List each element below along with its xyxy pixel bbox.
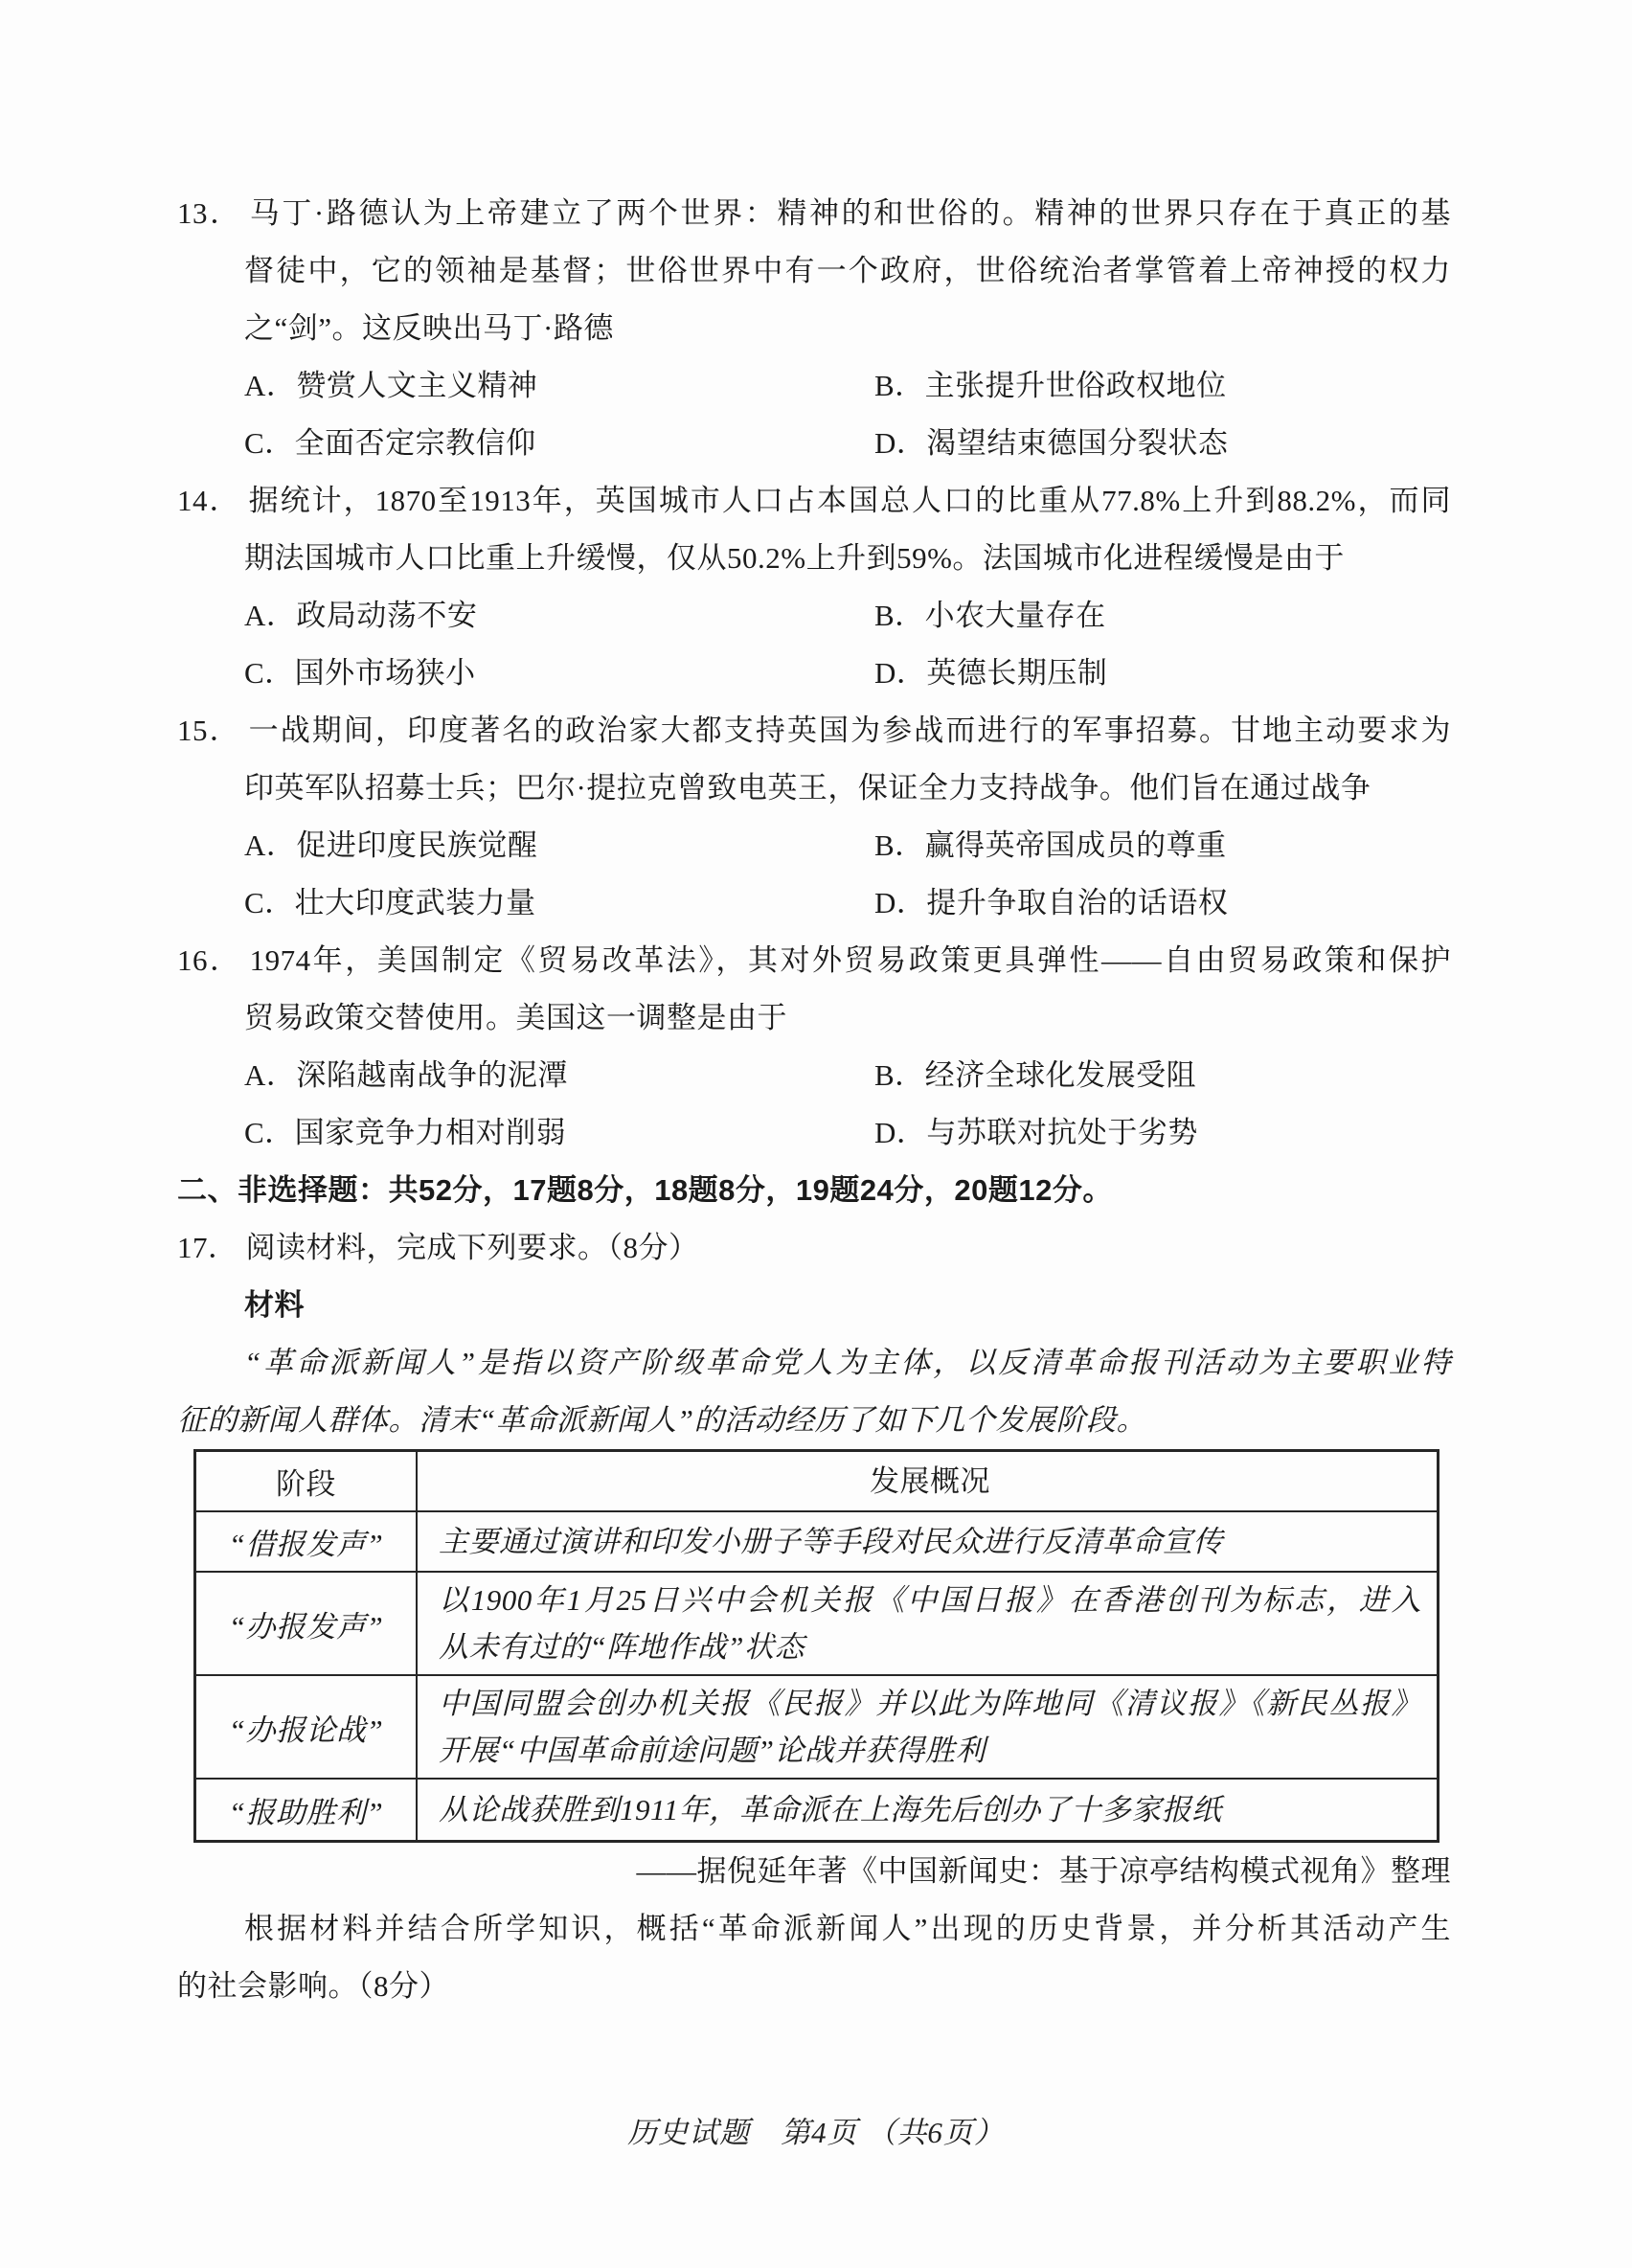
question-stem-line: 印英军队招募士兵；巴尔·提拉克曾致电英王，保证全力支持战争。他们旨在通过战争 [244,760,1451,817]
question-stem-line: 16．1974年，美国制定《贸易改革法》，其对外贸易政策更具弹性——自由贸易政策… [177,932,1451,989]
options-row: A．深陷越南战争的泥潭 B．经济全球化发展受阻 [244,1047,1451,1104]
option-c: C．壮大印度武装力量 [244,874,874,932]
option-b: B．赢得英帝国成员的尊重 [874,817,1451,874]
question-stem-line: 14．据统计，1870至1913年，英国城市人口占本国总人口的比重从77.8%上… [177,472,1451,530]
question-number: 16． [177,943,250,977]
option-d: D．英德长期压制 [874,645,1451,702]
table-row: “借报发声” 主要通过演讲和印发小册子等手段对民众进行反清革命宣传 [196,1510,1437,1571]
stages-table: 阶段 发展概况 “借报发声” 主要通过演讲和印发小册子等手段对民众进行反清革命宣… [193,1449,1439,1843]
table-header-row: 阶段 发展概况 [196,1452,1437,1510]
question-stem-line: 贸易政策交替使用。美国这一调整是由于 [244,989,1451,1047]
question-15: 15．一战期间，印度著名的政治家大都支持英国为参战而进行的军事招募。甘地主动要求… [177,702,1451,932]
table-row: “办报发声” 以1900年1月25日兴中会机关报《中国日报》在香港创刊为标志，进… [196,1571,1437,1674]
stage-cell: “报助胜利” [196,1780,418,1840]
exam-page: 13．马丁·路德认为上帝建立了两个世界：精神的和世俗的。精神的世界只存在于真正的… [0,0,1632,2268]
option-a: A．政局动荡不安 [244,587,874,645]
desc-cell: 从论战获胜到1911年，革命派在上海先后创办了十多家报纸 [418,1780,1437,1840]
stage-cell: “办报发声” [196,1573,418,1674]
question-number: 14． [177,484,249,517]
question-number: 13． [177,196,250,230]
question-stem-line: 期法国城市人口比重上升缓慢，仅从50.2%上升到59%。法国城市化进程缓慢是由于 [244,530,1451,587]
question-16: 16．1974年，美国制定《贸易改革法》，其对外贸易政策更具弹性——自由贸易政策… [177,932,1451,1162]
question-stem-line: 13．马丁·路德认为上帝建立了两个世界：精神的和世俗的。精神的世界只存在于真正的… [177,185,1451,242]
question-number: 15． [177,714,249,747]
options-row: C．国家竞争力相对削弱 D．与苏联对抗处于劣势 [244,1104,1451,1162]
table-row: “办报论战” 中国同盟会创办机关报《民报》并以此为阵地同《清议报》《新民丛报》 … [196,1674,1437,1778]
options-row: C．全面否定宗教信仰 D．渴望结束德国分裂状态 [244,415,1451,472]
source-attribution: ——据倪延年著《中国新闻史：基于凉亭结构模式视角》整理 [177,1843,1451,1900]
option-c: C．国家竞争力相对削弱 [244,1104,874,1162]
header-desc: 发展概况 [418,1452,1437,1510]
options-row: C．国外市场狭小 D．英德长期压制 [244,645,1451,702]
desc-cell: 以1900年1月25日兴中会机关报《中国日报》在香港创刊为标志，进入 从未有过的… [418,1573,1437,1674]
desc-cell: 中国同盟会创办机关报《民报》并以此为阵地同《清议报》《新民丛报》 开展“中国革命… [418,1676,1437,1778]
question-14: 14．据统计，1870至1913年，英国城市人口占本国总人口的比重从77.8%上… [177,472,1451,702]
option-c: C．全面否定宗教信仰 [244,415,874,472]
question-stem-line: 15．一战期间，印度著名的政治家大都支持英国为参战而进行的军事招募。甘地主动要求… [177,702,1451,760]
question-17: 17．阅读材料，完成下列要求。（8分） 材料 “革命派新闻人”是指以资产阶级革命… [177,1219,1451,2015]
options-row: A．政局动荡不安 B．小农大量存在 [244,587,1451,645]
option-d: D．与苏联对抗处于劣势 [874,1104,1451,1162]
question-stem-line: 督徒中，它的领袖是基督；世俗世界中有一个政府，世俗统治者掌管着上帝神授的权力 [244,242,1451,300]
desc-cell: 主要通过演讲和印发小册子等手段对民众进行反清革命宣传 [418,1512,1437,1571]
section-header: 二、非选择题：共52分，17题8分，18题8分，19题24分，20题12分。 [177,1162,1451,1219]
stage-cell: “借报发声” [196,1512,418,1571]
option-a: A．深陷越南战争的泥潭 [244,1047,874,1104]
table-row: “报助胜利” 从论战获胜到1911年，革命派在上海先后创办了十多家报纸 [196,1778,1437,1840]
option-b: B．主张提升世俗政权地位 [874,357,1451,415]
option-d: D．提升争取自治的话语权 [874,874,1451,932]
options-row: C．壮大印度武装力量 D．提升争取自治的话语权 [244,874,1451,932]
header-stage: 阶段 [196,1452,418,1510]
option-b: B．经济全球化发展受阻 [874,1047,1451,1104]
question-stem-line: 之“剑”。这反映出马丁·路德 [244,300,1451,357]
option-b: B．小农大量存在 [874,587,1451,645]
material-line: 征的新闻人群体。清末“革命派新闻人”的活动经历了如下几个发展阶段。 [177,1392,1451,1449]
option-d: D．渴望结束德国分裂状态 [874,415,1451,472]
option-a: A．促进印度民族觉醒 [244,817,874,874]
page-content: 13．马丁·路德认为上帝建立了两个世界：精神的和世俗的。精神的世界只存在于真正的… [177,185,1451,2015]
options-row: A．赞赏人文主义精神 B．主张提升世俗政权地位 [244,357,1451,415]
options-row: A．促进印度民族觉醒 B．赢得英帝国成员的尊重 [244,817,1451,874]
task-line: 的社会影响。（8分） [177,1958,1451,2015]
page-footer: 历史试题 第4页 （共6页） [0,2104,1632,2162]
question-number: 17． [177,1231,246,1264]
material-label: 材料 [244,1277,1451,1334]
stage-cell: “办报论战” [196,1676,418,1778]
option-a: A．赞赏人文主义精神 [244,357,874,415]
question-13: 13．马丁·路德认为上帝建立了两个世界：精神的和世俗的。精神的世界只存在于真正的… [177,185,1451,472]
option-c: C．国外市场狭小 [244,645,874,702]
question-stem-line: 17．阅读材料，完成下列要求。（8分） [177,1219,1451,1277]
material-line: “革命派新闻人”是指以资产阶级革命党人为主体，以反清革命报刊活动为主要职业特 [244,1334,1451,1392]
task-line: 根据材料并结合所学知识，概括“革命派新闻人”出现的历史背景，并分析其活动产生 [244,1900,1451,1958]
